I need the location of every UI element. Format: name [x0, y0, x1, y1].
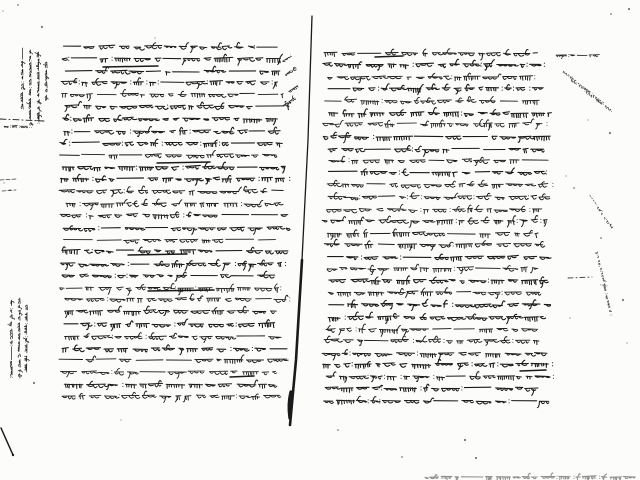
manuscript-scan: Grayscale scan of a two-page manuscript …: [0, 0, 640, 480]
scan-noise-speckles: [2, 4, 630, 459]
left-margin-annotations: [0, 48, 49, 378]
manuscript-art: [0, 0, 640, 480]
manuscript-left-page: [59, 42, 291, 402]
manuscript-right-page: [322, 49, 553, 408]
binding-fold-line: [289, 16, 312, 425]
bottom-edge-text-fragment: [1, 428, 635, 480]
right-margin-annotations: [556, 55, 615, 316]
interline-overflow-marks: [282, 55, 299, 107]
